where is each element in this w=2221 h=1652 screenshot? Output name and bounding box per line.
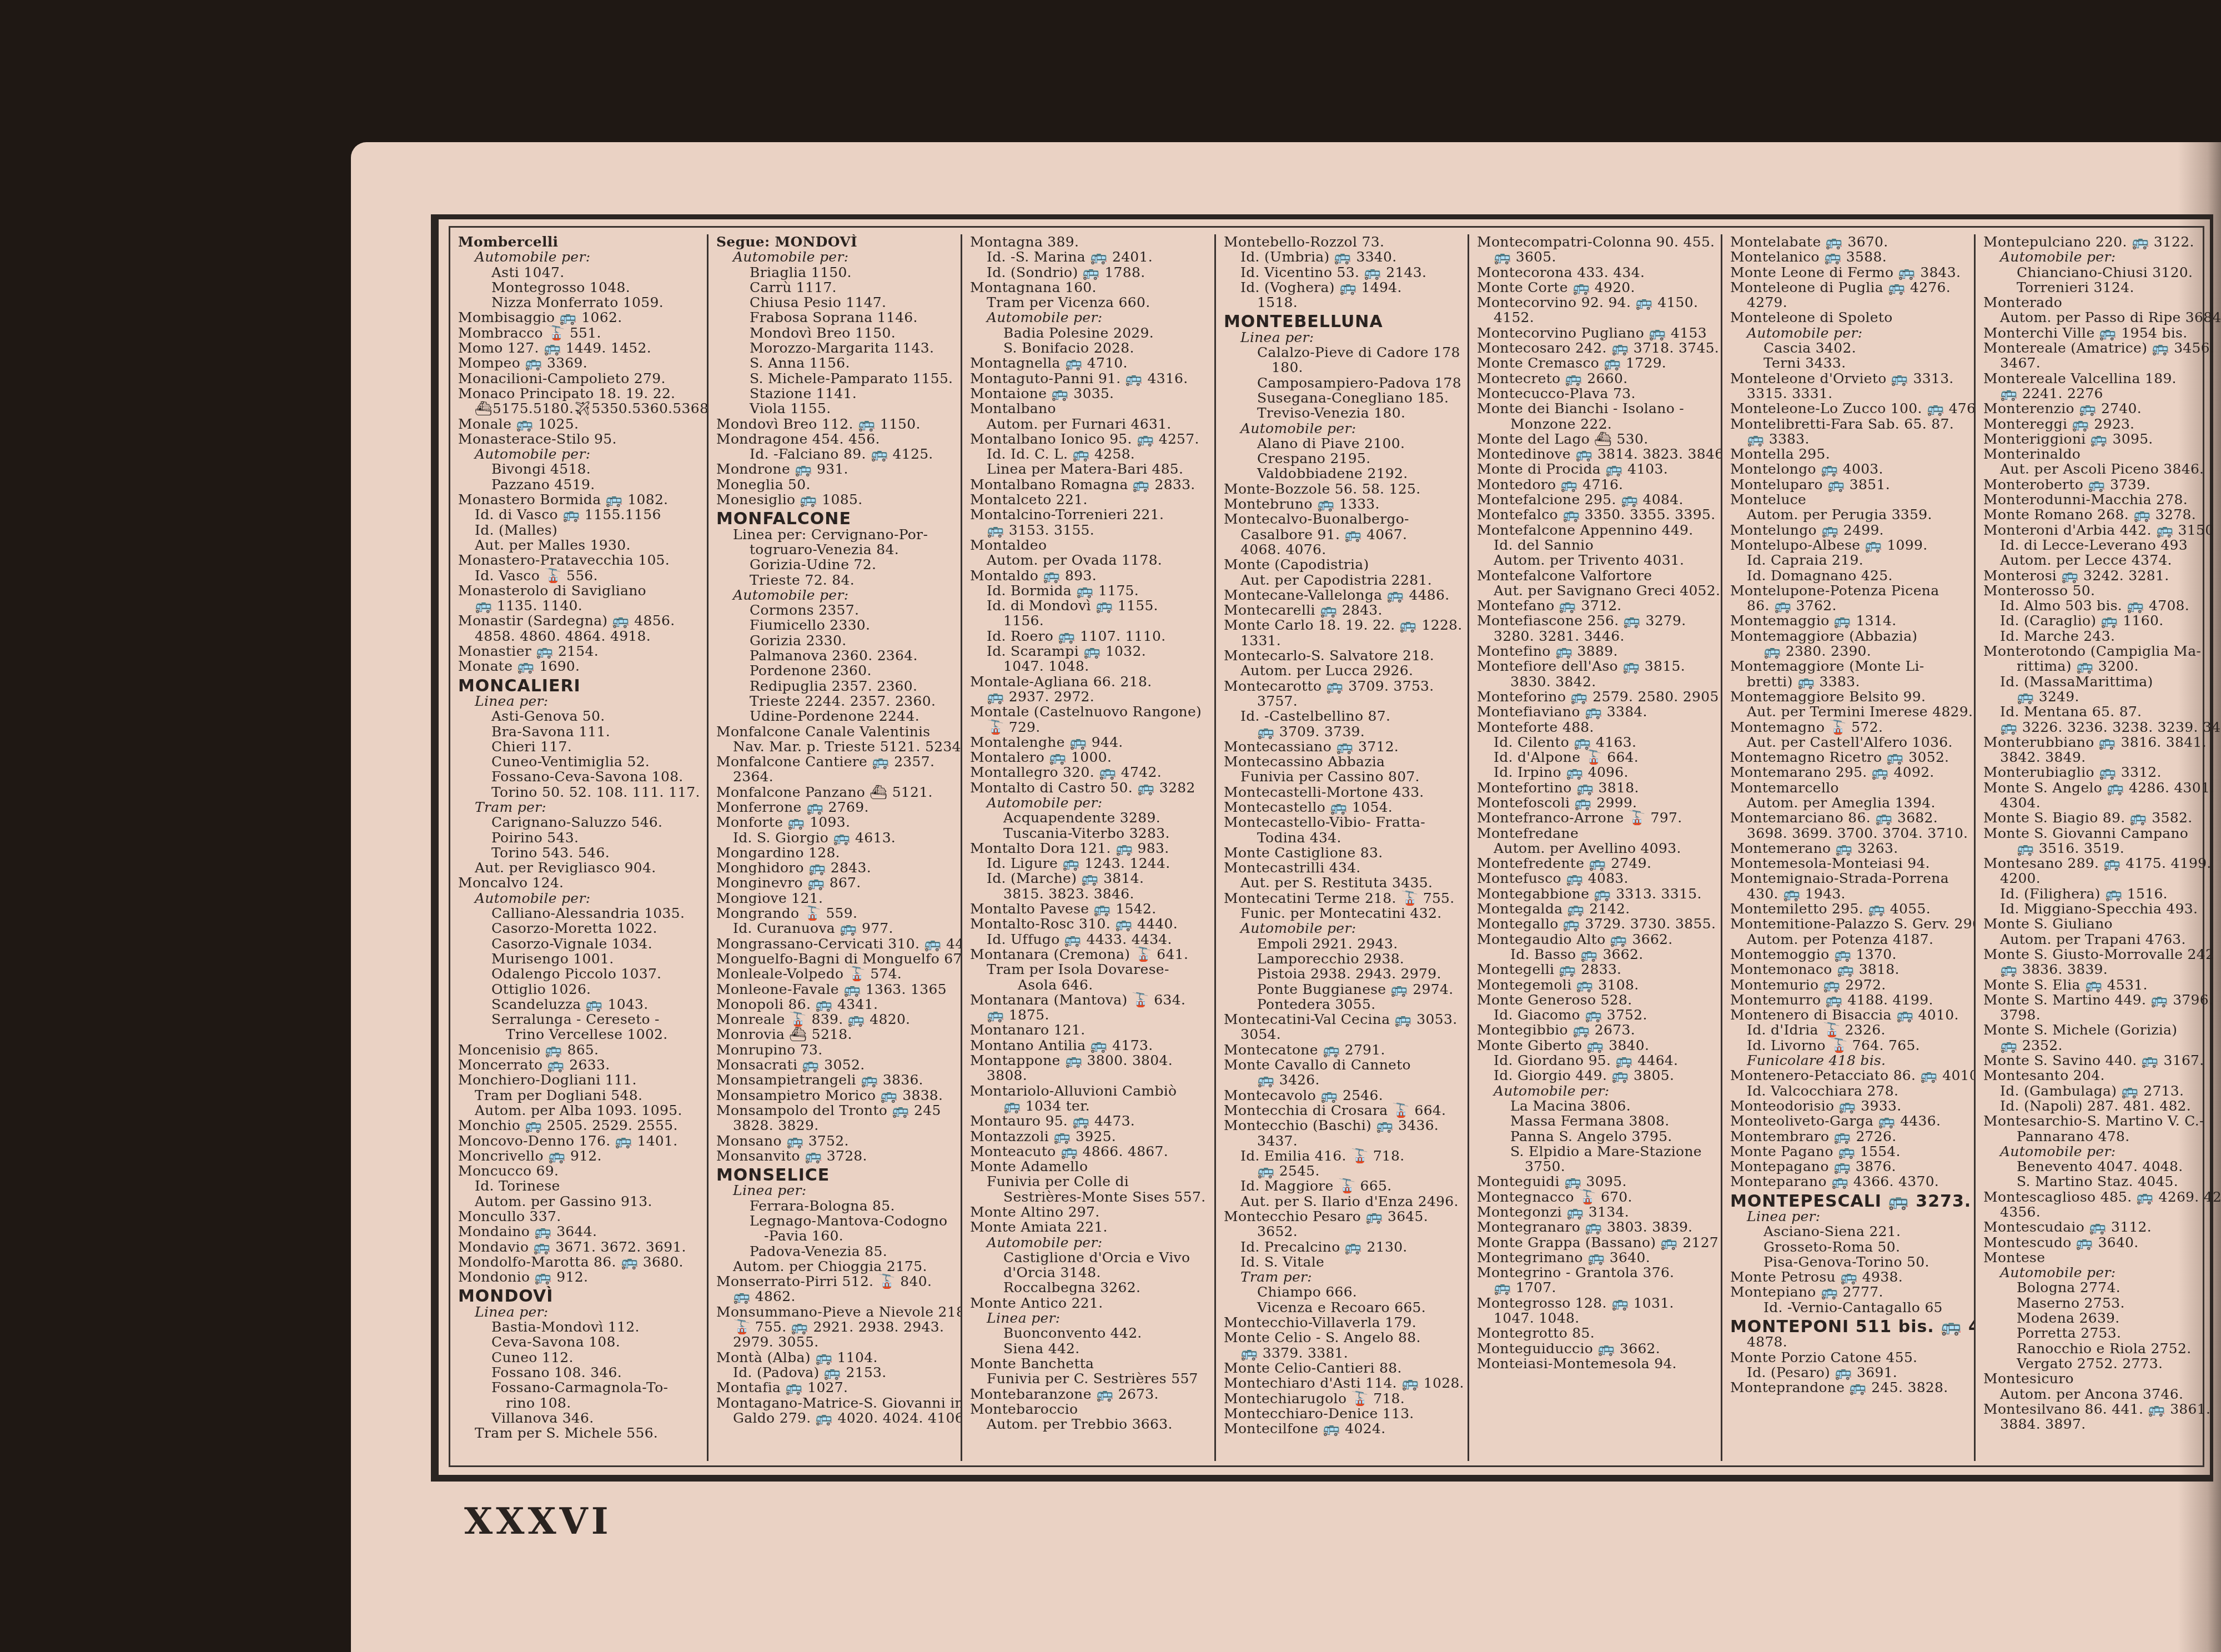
index-entry: Id. -Falciano 89. 🚌 4125.: [708, 446, 962, 461]
index-entry: Moncalvo 124.: [450, 875, 707, 890]
index-entry: Camposampiero-Padova 178: [1216, 375, 1469, 390]
index-entry: S. Elpidio a Mare-Stazione: [1469, 1144, 1722, 1159]
index-entry: Momo 127. 🚌 1449. 1452.: [450, 340, 707, 355]
index-entry: Montepiano 🚌 2777.: [1722, 1284, 1976, 1299]
index-entry: Mondovì Breo 1150.: [708, 325, 962, 340]
index-entry: 3437.: [1216, 1133, 1469, 1148]
index-entry: Monreale 🚡 839. 🚌 4820.: [708, 1012, 962, 1027]
index-entry: 🚌 3426.: [1216, 1072, 1469, 1087]
index-entry: Id. Domagnano 425.: [1722, 568, 1976, 583]
index-entry: Monte-Bozzole 56. 58. 125.: [1216, 481, 1469, 496]
index-entry: 🚌 1135. 1140.: [450, 598, 707, 613]
index-entry: Montereale (Amatrice) 🚌 3456.: [1976, 340, 2221, 355]
index-entry: Montecchio Pesaro 🚌 3645.: [1216, 1209, 1469, 1224]
index-entry: Monsampietrangeli 🚌 3836.: [708, 1072, 962, 1087]
index-entry: Monte Porzio Catone 455.: [1722, 1350, 1976, 1365]
index-entry: Montegrotto 85.: [1469, 1325, 1722, 1340]
index-entry: Id. (Voghera) 🚌 1494.: [1216, 280, 1469, 295]
index-entry: Monte S. Martino 449. 🚌 3796.: [1976, 992, 2221, 1007]
index-entry: Mondolfo-Marotta 86. 🚌 3680.: [450, 1254, 707, 1269]
index-entry: Scandeluzza 🚌 1043.: [450, 997, 707, 1012]
index-entry: Lamporecchio 2938.: [1216, 951, 1469, 966]
index-entry: Montesanto 204.: [1976, 1068, 2221, 1083]
station-heading: MONTEBELLUNA: [1216, 310, 1469, 329]
index-entry: 🚌 3249.: [1976, 689, 2221, 704]
index-entry: Frabosa Soprana 1146.: [708, 310, 962, 325]
station-heading: MONDOVÌ: [450, 1284, 707, 1304]
index-entry: Montenero-Petacciato 86. 🚌 4010.: [1722, 1068, 1976, 1083]
index-entry: 🚌 1034 ter.: [962, 1098, 1216, 1113]
index-entry: Montalto Pavese 🚌 1542.: [962, 901, 1216, 916]
index-entry: 🚌 3383.: [1722, 431, 1976, 446]
index-entry: Pordenone 2360.: [708, 663, 962, 678]
index-entry: Todina 434.: [1216, 830, 1469, 845]
index-entry: Pistoia 2938. 2943. 2979.: [1216, 966, 1469, 981]
index-entry: Montefalco 🚌 3350. 3355. 3395.: [1469, 507, 1722, 522]
index-entry: Montecatini Terme 218. 🚡 755.: [1216, 891, 1469, 906]
index-entry: Montelupo-Albese 🚌 1099.: [1722, 538, 1976, 553]
index-entry: Palmanova 2360. 2364.: [708, 648, 962, 663]
index-entry: Monte Generoso 528.: [1469, 992, 1722, 1007]
index-entry: Linea per:: [708, 1183, 962, 1198]
index-entry: Montepagano 🚌 3876.: [1722, 1159, 1976, 1174]
index-entry: Montagna 389.: [962, 234, 1216, 249]
index-entry: Montebaranzone 🚌 2673.: [962, 1387, 1216, 1402]
index-entry: Monchio 🚌 2505. 2529. 2555.: [450, 1118, 707, 1133]
index-entry: 3652.: [1216, 1224, 1469, 1239]
index-entry: Montauro 95. 🚌 4473.: [962, 1113, 1216, 1128]
index-entry: Monte Amiata 221.: [962, 1219, 1216, 1234]
index-entry: Id. -Vernio-Cantagallo 65: [1722, 1300, 1976, 1315]
index-entry: ⛴5175.5180.✈5350.5360.5368.: [450, 401, 707, 416]
index-entry: 1331.: [1216, 633, 1469, 648]
index-entry: Monte Grappa (Bassano) 🚌 2127: [1469, 1235, 1722, 1250]
index-entry: Montanara (Mantova) 🚡 634.: [962, 992, 1216, 1007]
index-entry: Monaco Principato 18. 19. 22.: [450, 386, 707, 401]
station-heading: MONTEPESCALI 🚌 3273.: [1722, 1189, 1976, 1209]
index-entry: Autom. per Trebbio 3663.: [962, 1417, 1216, 1432]
index-entry: Montalenghe 🚌 944.: [962, 735, 1216, 750]
index-entry: Gorizia 2330.: [708, 633, 962, 648]
index-entry: Roccalbegna 3262.: [962, 1280, 1216, 1295]
index-entry: Pannarano 478.: [1976, 1129, 2221, 1144]
index-entry: Montecastello-Vibio- Fratta-: [1216, 815, 1469, 830]
station-heading: MONCALIERI: [450, 674, 707, 694]
index-entry: Monzone 222.: [1469, 416, 1722, 431]
index-entry: Montecosaro 242. 🚌 3718. 3745.: [1469, 340, 1722, 355]
index-entry: Stazione 1141.: [708, 386, 962, 401]
index-entry: Tram per:: [450, 800, 707, 815]
index-entry: Montale (Castelnuovo Rangone): [962, 704, 1216, 719]
index-entry: Fiumicello 2330.: [708, 617, 962, 632]
index-entry: Montecchiaro-Denice 113.: [1216, 1406, 1469, 1421]
index-entry: Galdo 279. 🚌 4020. 4024. 4106: [708, 1410, 962, 1425]
index-entry: 4356.: [1976, 1204, 2221, 1219]
index-entry: Montemarano 295. 🚌 4092.: [1722, 765, 1976, 780]
index-entry: Montecatone 🚌 2791.: [1216, 1042, 1469, 1057]
index-entry: 🚌 1707.: [1469, 1280, 1722, 1295]
index-entry: Montecorvino 92. 94. 🚌 4150.: [1469, 295, 1722, 310]
index-entry: Montegnacco 🚡 670.: [1469, 1189, 1722, 1204]
index-entry: Monterotondo (Campiglia Ma-: [1976, 644, 2221, 659]
index-entry: Mongardino 128.: [708, 845, 962, 860]
index-entry: Monteprandone 🚌 245. 3828.: [1722, 1380, 1976, 1395]
station-heading: MONSELICE: [708, 1163, 962, 1183]
index-entry: Automobile per:: [1722, 325, 1976, 340]
index-entry: 🚌 4862.: [708, 1289, 962, 1304]
index-entry: Bivongi 4518.: [450, 461, 707, 476]
index-entry: Asciano-Siena 221.: [1722, 1224, 1976, 1239]
index-entry: Aut. per Revigliasco 904.: [450, 860, 707, 875]
index-entry: Ferrara-Bologna 85.: [708, 1198, 962, 1213]
index-entry: Monguelfo-Bagni di Monguelfo 67.: [708, 951, 962, 966]
index-entry: Monforte 🚌 1093.: [708, 815, 962, 830]
index-entry: Montefalcione 295. 🚌 4084.: [1469, 492, 1722, 507]
index-entry: Montagnana 160.: [962, 280, 1216, 295]
index-entry: Moncovo-Denno 176. 🚌 1401.: [450, 1133, 707, 1148]
index-entry: Pontedera 3055.: [1216, 997, 1469, 1012]
index-entry: Monteleone di Spoleto: [1722, 310, 1976, 325]
index-entry: 4152.: [1469, 310, 1722, 325]
index-entry: Id. Curanuova 🚌 977.: [708, 921, 962, 936]
index-entry: Monterubbiano 🚌 3816. 3841.: [1976, 735, 2221, 750]
index-entry: Torino 50. 52. 108. 111. 117.: [450, 785, 707, 800]
index-entry: Funic. per Montecatini 432.: [1216, 906, 1469, 921]
index-entry: Montecchio-Villaverla 179.: [1216, 1315, 1469, 1330]
index-entry: Id. -Castelbellino 87.: [1216, 709, 1469, 724]
index-frame: MombercelliAutomobile per:Asti 1047.Mont…: [431, 214, 2213, 1482]
index-entry: Monteguiduccio 🚌 3662.: [1469, 1341, 1722, 1356]
index-entry: Segue: MONDOVÌ: [708, 234, 962, 249]
index-entry: Monghidoro 🚌 2843.: [708, 860, 962, 875]
index-entry: Monleone-Favale 🚌 1363. 1365: [708, 982, 962, 997]
index-entry: Torrenieri 3124.: [1976, 280, 2221, 295]
index-column-5: Montecompatri-Colonna 90. 455.🚌 3605.Mon…: [1468, 234, 1722, 1461]
index-entry: Monteforte 488.: [1469, 720, 1722, 735]
index-entry: Monteguidi 🚌 3095.: [1469, 1174, 1722, 1189]
index-entry: Montecarlo-S. Salvatore 218.: [1216, 648, 1469, 663]
index-entry: Mondaino 🚌 3644.: [450, 1224, 707, 1239]
index-entry: Id. Giacomo 🚌 3752.: [1469, 1007, 1722, 1022]
index-entry: Automobile per:: [962, 795, 1216, 810]
index-entry: Monsampietro Morico 🚌 3838.: [708, 1088, 962, 1103]
index-entry: Monte Cavallo di Canneto: [1216, 1057, 1469, 1072]
index-entry: Montelungo 🚌 2499.: [1722, 523, 1976, 538]
index-entry: Montemaggiore (Abbazia): [1722, 629, 1976, 644]
index-entry: Mongrando 🚡 559.: [708, 906, 962, 921]
index-entry: Montecarelli 🚌 2843.: [1216, 602, 1469, 617]
index-entry: Modena 2639.: [1976, 1310, 2221, 1325]
index-entry: Monasterace-Stilo 95.: [450, 431, 707, 446]
index-entry: Briaglia 1150.: [708, 265, 962, 280]
index-entry: Mompeo 🚌 3369.: [450, 355, 707, 370]
index-entry: Id. di Mondovì 🚌 1155.: [962, 598, 1216, 613]
index-entry: Mondonio 🚌 912.: [450, 1269, 707, 1284]
index-entry: Trieste 2244. 2357. 2360.: [708, 694, 962, 709]
index-entry: Monteleone d'Orvieto 🚌 3313.: [1722, 371, 1976, 386]
index-entry: Monfalcone Cantiere 🚌 2357.: [708, 754, 962, 769]
index-entry: Siena 442.: [962, 1341, 1216, 1356]
index-entry: Id. Irpino 🚌 4096.: [1469, 765, 1722, 780]
index-entry: Monte Giberto 🚌 3840.: [1469, 1038, 1722, 1053]
index-entry: 🚌 3226. 3236. 3238. 3239. 3400.: [1976, 720, 2221, 735]
index-entry: Funivia per Cassino 807.: [1216, 769, 1469, 784]
index-entry: 1047. 1048.: [962, 659, 1216, 674]
index-entry: Montalcino-Torrenieri 221.: [962, 507, 1216, 522]
index-entry: Monte Antico 221.: [962, 1296, 1216, 1310]
index-entry: Automobile per:: [450, 446, 707, 461]
index-entry: Montenero di Bisaccia 🚌 4010.: [1722, 1007, 1976, 1022]
index-entry: Buonconvento 442.: [962, 1325, 1216, 1340]
index-entry: Monteodorisio 🚌 3933.: [1722, 1098, 1976, 1113]
index-entry: Monterinaldo: [1976, 446, 2221, 461]
index-entry: Montescudaio 🚌 3112.: [1976, 1219, 2221, 1234]
index-entry: Monastir (Sardegna) 🚌 4856.: [450, 613, 707, 628]
index-entry: Id. Precalcino 🚌 2130.: [1216, 1239, 1469, 1254]
index-entry: Autom. per Potenza 4187.: [1722, 932, 1976, 947]
index-entry: Monsano 🚌 3752.: [708, 1133, 962, 1148]
index-entry: Linea per:: [1722, 1209, 1976, 1224]
index-entry: Linea per: Cervignano-Por-: [708, 527, 962, 542]
index-entry: Aut. per Castell'Alfero 1036.: [1722, 735, 1976, 750]
index-entry: Monsacrati 🚌 3052.: [708, 1057, 962, 1072]
index-column-4: Montebello-Rozzol 73.Id. (Umbria) 🚌 3340…: [1214, 234, 1469, 1461]
index-entry: Monastero Bormida 🚌 1082.: [450, 492, 707, 507]
index-entry: Crespano 2195.: [1216, 451, 1469, 466]
index-entry: Tuscania-Viterbo 3283.: [962, 826, 1216, 841]
index-entry: Montefano 🚌 3712.: [1469, 598, 1722, 613]
index-entry: Autom. per Ancona 3746.: [1976, 1387, 2221, 1402]
index-entry: Id. Capraia 219.: [1722, 553, 1976, 568]
index-entry: togruaro-Venezia 84.: [708, 542, 962, 557]
index-entry: Montebaroccio: [962, 1402, 1216, 1417]
index-entry: Montefiaviano 🚌 3384.: [1469, 704, 1722, 719]
index-entry: Monteriggioni 🚌 3095.: [1976, 431, 2221, 446]
index-entry: Aut. per S. Ilario d'Enza 2496.: [1216, 1194, 1469, 1209]
index-entry: Id. Scarampi 🚌 1032.: [962, 644, 1216, 659]
index-entry: Moneglia 50.: [708, 477, 962, 492]
index-entry: Linea per:: [450, 694, 707, 709]
index-entry: Montanaro 121.: [962, 1022, 1216, 1037]
index-entry: Montefortino 🚌 3818.: [1469, 780, 1722, 795]
index-entry: Nav. Mar. p. Trieste 5121. 5234: [708, 739, 962, 754]
index-entry: Pisa-Genova-Torino 50.: [1722, 1254, 1976, 1269]
index-entry: Montereale Valcellina 189.: [1976, 371, 2221, 386]
index-entry: Sestrières-Monte Sises 557.: [962, 1189, 1216, 1204]
index-entry: Montallegro 320. 🚌 4742.: [962, 765, 1216, 780]
index-entry: Montegaudio Alto 🚌 3662.: [1469, 932, 1722, 947]
index-entry: Monte S. Angelo 🚌 4286. 4301.: [1976, 780, 2221, 795]
index-entry: Id. Cilento 🚌 4163.: [1469, 735, 1722, 750]
index-entry: Monte S. Giuliano: [1976, 916, 2221, 931]
index-entry: Porretta 2753.: [1976, 1325, 2221, 1340]
index-entry: Montelupone-Potenza Picena: [1722, 583, 1976, 598]
index-entry: Monteparano 🚌 4366. 4370.: [1722, 1174, 1976, 1189]
index-entry: Casorzo-Vignale 1034.: [450, 936, 707, 951]
index-entry: 3315. 3331.: [1722, 386, 1976, 401]
index-entry: Id. (Malles): [450, 523, 707, 538]
index-entry: Automobile per:: [1976, 249, 2221, 264]
index-entry: Chieri 117.: [450, 739, 707, 754]
index-entry: 3054.: [1216, 1027, 1469, 1042]
index-entry: Id. Miggiano-Specchia 493.: [1976, 901, 2221, 916]
index-entry: Montecastelli-Mortone 433.: [1216, 785, 1469, 800]
index-entry: Montagnella 🚌 4710.: [962, 355, 1216, 370]
index-entry: Id. Giordano 95. 🚌 4464.: [1469, 1053, 1722, 1068]
index-entry: Montalceto 221.: [962, 492, 1216, 507]
index-entry: Casalbore 91. 🚌 4067.: [1216, 527, 1469, 542]
index-entry: Id. di Vasco 🚌 1155.1156: [450, 507, 707, 522]
index-entry: Calalzo-Pieve di Cadore 178: [1216, 345, 1469, 360]
index-entry: Montegrosso 128. 🚌 1031.: [1469, 1296, 1722, 1310]
index-entry: Calliano-Alessandria 1035.: [450, 906, 707, 921]
index-column-1: MombercelliAutomobile per:Asti 1047.Mont…: [450, 234, 707, 1461]
index-entry: Montelongo 🚌 4003.: [1722, 461, 1976, 476]
index-entry: Carignano-Saluzzo 546.: [450, 815, 707, 830]
index-entry: Autom. per Trivento 4031.: [1469, 553, 1722, 568]
index-entry: Redipuglia 2357. 2360.: [708, 679, 962, 694]
index-entry: Murisengo 1001.: [450, 951, 707, 966]
index-entry: Monte Banchetta: [962, 1356, 1216, 1371]
index-entry: Id. (Gambulaga) 🚌 2713.: [1976, 1083, 2221, 1098]
index-entry: Montemiletto 295. 🚌 4055.: [1722, 901, 1976, 916]
index-entry: Autom. per Gassino 913.: [450, 1194, 707, 1209]
index-entry: Maserno 2753.: [1976, 1296, 2221, 1310]
index-entry: Montemonaco 🚌 3818.: [1722, 962, 1976, 977]
index-entry: Mombisaggio 🚌 1062.: [450, 310, 707, 325]
index-entry: Montefoscoli 🚌 2999.: [1469, 795, 1722, 810]
index-entry: Funicolare 418 bis.: [1722, 1053, 1976, 1068]
index-entry: Aut. per Ascoli Piceno 3846.: [1976, 461, 2221, 476]
index-entry: Tram per Vicenza 660.: [962, 295, 1216, 310]
index-entry: Pazzano 4519.: [450, 477, 707, 492]
index-entry: Id. Livorno 🚡 764. 765.: [1722, 1038, 1976, 1053]
index-entry: Montegallo 🚌 3729. 3730. 3855.: [1469, 916, 1722, 931]
index-entry: Monte del Lago ⛴ 530.: [1469, 431, 1722, 446]
index-entry: Montefusco 🚌 4083.: [1469, 871, 1722, 886]
index-entry: 🚡 729.: [962, 720, 1216, 735]
index-entry: Cascia 3402.: [1722, 340, 1976, 355]
index-entry: Montegelli 🚌 2833.: [1469, 962, 1722, 977]
index-entry: 2979. 3055.: [708, 1334, 962, 1349]
index-entry: Poirino 543.: [450, 830, 707, 845]
index-entry: Viola 1155.: [708, 401, 962, 416]
index-entry: Udine-Pordenone 2244.: [708, 709, 962, 724]
index-entry: Montecane-Vallelonga 🚌 4486.: [1216, 588, 1469, 602]
index-entry: 1518.: [1216, 295, 1469, 310]
index-entry: Serralunga - Cereseto -: [450, 1012, 707, 1027]
index-entry: Montemaggiore Belsito 99.: [1722, 689, 1976, 704]
index-entry: S. Bonifacio 2028.: [962, 340, 1216, 355]
index-entry: Montefiore dell'Aso 🚌 3815.: [1469, 659, 1722, 674]
index-entry: Monterenzio 🚌 2740.: [1976, 401, 2221, 416]
index-entry: Montella 295.: [1722, 446, 1976, 461]
index-entry: Montese: [1976, 1250, 2221, 1265]
index-entry: Monginevro 🚌 867.: [708, 875, 962, 890]
index-entry: Montegranaro 🚌 3803. 3839.: [1469, 1219, 1722, 1234]
index-entry: Id. Uffugo 🚌 4433. 4434.: [962, 932, 1216, 947]
index-entry: 3884. 3897.: [1976, 1417, 2221, 1432]
index-entry: 180.: [1216, 360, 1469, 375]
index-entry: 430. 🚌 1943.: [1722, 886, 1976, 901]
index-entry: 86. 🚌 3762.: [1722, 598, 1976, 613]
index-entry: 3815. 3823. 3846.: [962, 886, 1216, 901]
index-entry: Monteluparo 🚌 3851.: [1722, 477, 1976, 492]
index-entry: Id. (MassaMarittima): [1976, 674, 2221, 689]
index-entry: Montalbano Romagna 🚌 2833.: [962, 477, 1216, 492]
index-entry: Monferrone 🚌 2769.: [708, 800, 962, 815]
index-entry: 4279.: [1722, 295, 1976, 310]
index-entry: Chiusa Pesio 1147.: [708, 295, 962, 310]
index-entry: Monte S. Giusto-Morrovalle 242: [1976, 947, 2221, 962]
index-entry: Id. (Pesaro) 🚌 3691.: [1722, 1365, 1976, 1380]
index-entry: Legnago-Mantova-Codogno: [708, 1213, 962, 1228]
index-entry: Montalto-Rosc 310. 🚌 4440.: [962, 916, 1216, 931]
index-entry: Automobile per:: [450, 249, 707, 264]
index-entry: Montemagno Ricetro 🚌 3052.: [1722, 750, 1976, 765]
index-entry: 🚌 3516. 3519.: [1976, 841, 2221, 856]
index-entry: Carrù 1117.: [708, 280, 962, 295]
index-entry: Monte S. Giovanni Campano: [1976, 826, 2221, 841]
index-entry: Chianciano-Chiusi 3120.: [1976, 265, 2221, 280]
index-entry: Montaldeo: [962, 538, 1216, 553]
index-entry: Id. Vasco 🚡 556.: [450, 568, 707, 583]
index-entry: Monsummano-Pieve a Nievole 218.: [708, 1304, 962, 1319]
index-entry: Montecucco-Plava 73.: [1469, 386, 1722, 401]
index-entry: Gorizia-Udine 72.: [708, 557, 962, 572]
index-entry: 🚌 2380. 2390.: [1722, 644, 1976, 659]
index-entry: Funivia per Colle di: [962, 1174, 1216, 1189]
index-entry: Tram per Isola Dovarese-: [962, 962, 1216, 977]
index-entry: Id. Id. C. L. 🚌 4258.: [962, 446, 1216, 461]
index-entry: Id. Marche 243.: [1976, 629, 2221, 644]
index-entry: Automobile per:: [708, 588, 962, 602]
index-entry: Padova-Venezia 85.: [708, 1244, 962, 1259]
index-entry: Montafia 🚌 1027.: [708, 1380, 962, 1395]
index-entry: Montedinove 🚌 3814. 3823. 3846: [1469, 446, 1722, 461]
index-entry: Montefredane: [1469, 826, 1722, 841]
index-entry: Monte Celio-Cantieri 88.: [1216, 1360, 1469, 1375]
index-entry: S. Anna 1156.: [708, 355, 962, 370]
index-entry: S. Michele-Pamparato 1155.: [708, 371, 962, 386]
index-entry: Bra-Savona 111.: [450, 724, 707, 739]
index-entry: Montegrino - Grantola 376.: [1469, 1265, 1722, 1280]
index-entry: 3798.: [1976, 1007, 2221, 1022]
index-entry: Tram per S. Michele 556.: [450, 1425, 707, 1440]
index-entry: Autom. per Furnari 4631.: [962, 416, 1216, 431]
index-entry: Montemignaio-Strada-Porrena: [1722, 871, 1976, 886]
index-entry: Linea per:: [962, 1310, 1216, 1325]
index-entry: Montebello-Rozzol 73.: [1216, 234, 1469, 249]
index-entry: Monrovia ⛴ 5218.: [708, 1027, 962, 1042]
index-entry: Montepulciano 220. 🚌 3122.: [1976, 234, 2221, 249]
index-entry: Asti 1047.: [450, 265, 707, 280]
index-entry: Montefino 🚌 3889.: [1469, 644, 1722, 659]
index-entry: Linea per:: [1216, 330, 1469, 345]
index-entry: Id. di Lecce-Leverano 493: [1976, 538, 2221, 553]
index-entry: Montesano 289. 🚌 4175. 4199.: [1976, 856, 2221, 871]
index-entry: Montelabate 🚌 3670.: [1722, 234, 1976, 249]
index-entry: Panna S. Angelo 3795.: [1469, 1129, 1722, 1144]
index-entry: 4878.: [1722, 1334, 1976, 1349]
index-entry: 🚌 3379. 3381.: [1216, 1345, 1469, 1360]
index-entry: Casorzo-Moretta 1022.: [450, 921, 707, 936]
index-entry: Chiampo 666.: [1216, 1284, 1469, 1299]
index-entry: Bastia-Mondovì 112.: [450, 1319, 707, 1334]
index-entry: Monte Altino 297.: [962, 1204, 1216, 1219]
index-entry: Monsanvito 🚌 3728.: [708, 1148, 962, 1163]
index-entry: 4068. 4076.: [1216, 542, 1469, 557]
